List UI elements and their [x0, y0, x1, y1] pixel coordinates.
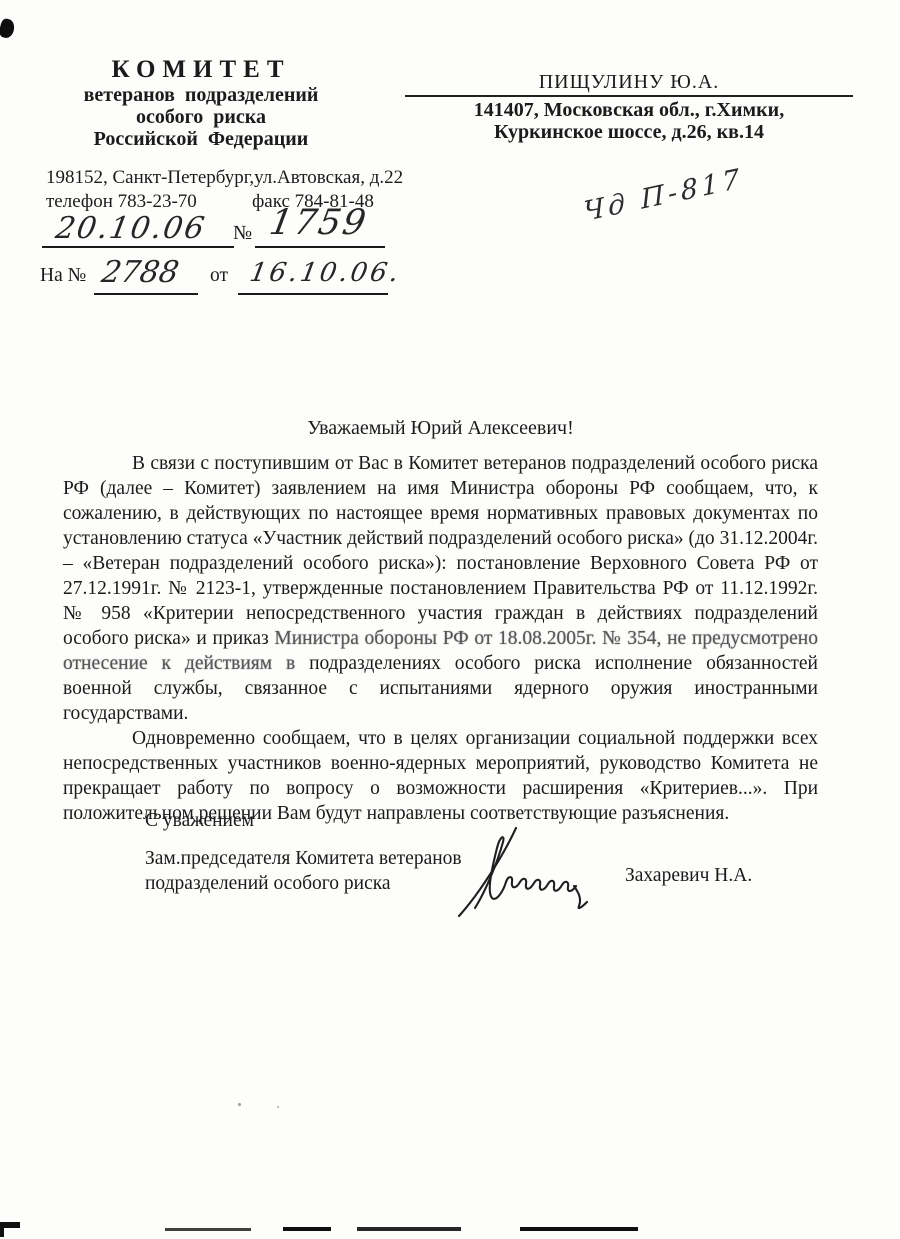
signer-title-line2: подразделений особого риска [145, 871, 462, 896]
signer-title: Зам.председателя Комитета ветеранов подр… [145, 846, 462, 896]
scan-artifact-bottom-bar [357, 1227, 461, 1231]
incoming-from-label: от [210, 265, 228, 287]
outgoing-number-handwritten: 1759 [266, 203, 370, 243]
document-page: КОМИТЕТ ветеранов подразделений особого … [0, 0, 900, 1239]
sender-org-title-line3: особого риска [45, 106, 357, 128]
scan-artifact-bottom-bar [283, 1227, 331, 1231]
incoming-date-handwritten: 16.10.06. [247, 258, 403, 288]
incoming-ref-label: На № [40, 265, 86, 287]
scan-artifact-speck [238, 1103, 241, 1106]
recipient-address-line1: 141407, Московская обл., г.Химки, [405, 99, 853, 121]
resolution-note-handwritten: Чд П-817 [583, 163, 744, 228]
body-paragraph-1: В связи с поступившим от Вас в Комитет в… [63, 451, 818, 726]
outgoing-number-sign: № [233, 222, 252, 245]
sender-org-title-line1: КОМИТЕТ [45, 56, 357, 84]
scan-artifact-corner-blob [0, 18, 16, 40]
recipient-underline-rule [405, 95, 853, 97]
signature [445, 822, 610, 922]
recipient-block: ПИЩУЛИНУ Ю.А. 141407, Московская обл., г… [405, 70, 853, 143]
sender-org-title-line2: ветеранов подразделений [45, 84, 357, 106]
scan-artifact-bottom-bar [520, 1227, 638, 1231]
outgoing-date-underline [42, 246, 234, 248]
sender-letterhead: КОМИТЕТ ветеранов подразделений особого … [45, 56, 357, 150]
outgoing-date-handwritten: 20.10.06 [53, 211, 209, 246]
sender-address: 198152, Санкт-Петербург,ул.Автовская, д.… [46, 167, 406, 189]
sender-phone: телефон 783-23-70 [46, 191, 197, 213]
incoming-date-underline [238, 293, 388, 295]
signer-name: Захаревич Н.А. [625, 865, 752, 887]
sender-org-title-line4: Российской Федерации [45, 128, 357, 150]
outgoing-number-underline [255, 246, 385, 248]
letter-body: В связи с поступившим от Вас в Комитет в… [63, 451, 818, 826]
scan-artifact-bottom-bar [0, 1222, 4, 1237]
scan-artifact-bottom-bar [165, 1228, 251, 1231]
valediction: С уважением [145, 810, 254, 832]
recipient-address-line2: Куркинское шоссе, д.26, кв.14 [405, 121, 853, 143]
scan-artifact-speck [277, 1106, 279, 1108]
incoming-number-underline [94, 293, 198, 295]
recipient-name: ПИЩУЛИНУ Ю.А. [405, 70, 853, 94]
paragraph-1-segment-normal: В связи с поступившим от Вас в Комитет в… [63, 453, 818, 649]
salutation: Уважаемый Юрий Алексеевич! [63, 417, 818, 440]
signer-title-line1: Зам.председателя Комитета ветеранов [145, 846, 462, 871]
incoming-number-handwritten: 2788 [99, 255, 182, 290]
